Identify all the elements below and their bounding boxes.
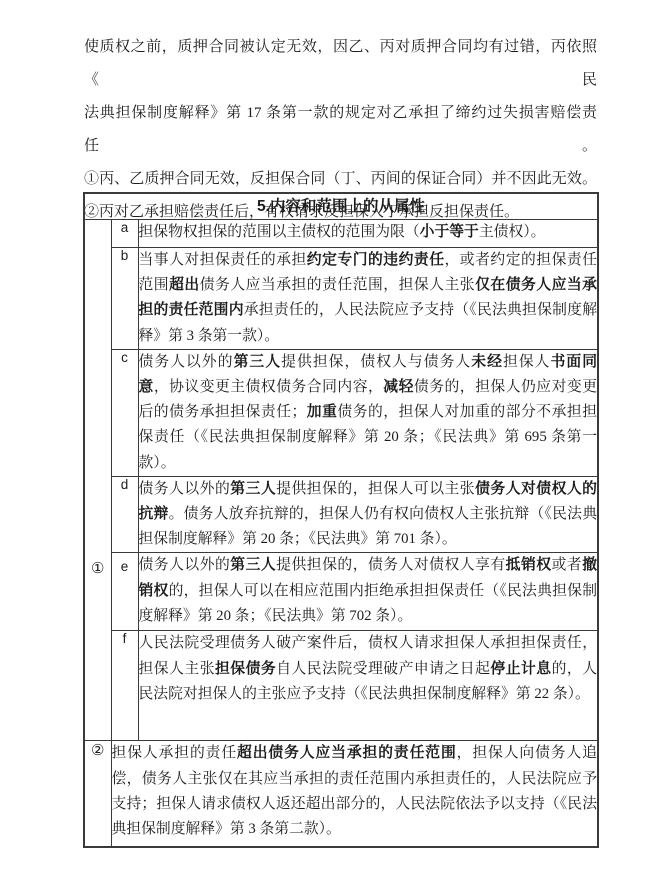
group-2-marker-cell: ②: [84, 741, 111, 847]
table-row-f: f 人民法院受理债务人破产案件后，债权人请求担保人承担担保责任，担保人主张担保债…: [84, 631, 598, 741]
table-row-c: c 债务人以外的第三人提供担保，债权人与债务人未经担保人书面同意，协议变更主债权…: [84, 349, 598, 476]
row-content-group-2: 担保人承担的责任超出债务人应当承担的责任范围，担保人向债务人追偿，债务人主张仅在…: [111, 741, 598, 847]
row-label-a: a: [111, 220, 138, 248]
row-content-e: 债务人以外的第三人提供担保的，债务人对债权人享有抵销权或者撤销权的，担保人可以在…: [138, 553, 598, 631]
row-content-d: 债务人以外的第三人提供担保的，担保人可以主张债务人对债权人的抗辩。债务人放弃抗辩…: [138, 476, 598, 553]
group-1-marker: ①: [85, 557, 111, 582]
table-row-e: e 债务人以外的第三人提供担保的，债务人对债权人享有抵销权或者撤销权的，担保人可…: [84, 553, 598, 631]
row-label-d: d: [111, 476, 138, 553]
table-title: 5.内容和范围上的从属性: [84, 193, 598, 220]
intro-line-2: 法典担保制度解释》第 17 条第一款的规定对乙承担了缔约过失损害赔偿责任。: [84, 97, 597, 163]
row-label-c: c: [111, 349, 138, 476]
table-header-row: 5.内容和范围上的从属性: [84, 193, 598, 220]
row-label-e: e: [111, 553, 138, 631]
row-content-a: 担保物权担保的范围以主债权的范围为限（小于等于主债权）。: [138, 220, 598, 248]
row-label-b: b: [111, 248, 138, 350]
row-content-f: 人民法院受理债务人破产案件后，债权人请求担保人承担担保责任，担保人主张担保债务自…: [138, 631, 598, 741]
table-row-b: b 当事人对担保责任的承担约定专门的违约责任，或者约定的担保责任范围超出债务人应…: [84, 248, 598, 350]
group-1-marker-cell: ①: [84, 220, 111, 741]
intro-line-1: 使质权之前，质押合同被认定无效，因乙、丙对质押合同均有过错，丙依照《民: [84, 31, 597, 97]
row-label-f: f: [111, 631, 138, 741]
table-row-group-2: ② 担保人承担的责任超出债务人应当承担的责任范围，担保人向债务人追偿，债务人主张…: [84, 741, 598, 847]
table-row-a: ① a 担保物权担保的范围以主债权的范围为限（小于等于主债权）。: [84, 220, 598, 248]
subordination-table: 5.内容和范围上的从属性 ① a 担保物权担保的范围以主债权的范围为限（小于等于…: [83, 192, 599, 848]
row-content-c: 债务人以外的第三人提供担保，债权人与债务人未经担保人书面同意，协议变更主债权债务…: [138, 349, 598, 476]
row-content-b: 当事人对担保责任的承担约定专门的违约责任，或者约定的担保责任范围超出债务人应当承…: [138, 248, 598, 350]
table-row-d: d 债务人以外的第三人提供担保的，担保人可以主张债务人对债权人的抗辩。债务人放弃…: [84, 476, 598, 553]
group-2-marker: ②: [91, 743, 104, 759]
document-page: 使质权之前，质押合同被认定无效，因乙、丙对质押合同均有过错，丙依照《民 法典担保…: [0, 0, 662, 877]
